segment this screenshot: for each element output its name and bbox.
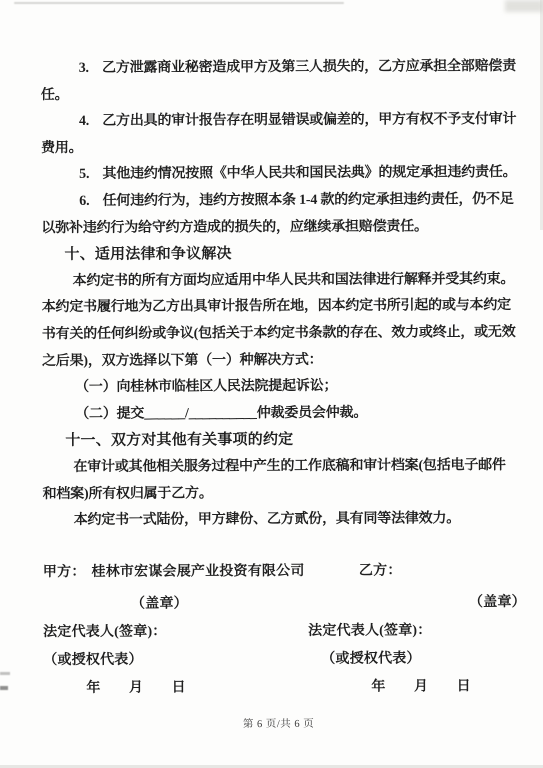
party-a-authorized-rep-label: （或授权代表）	[43, 646, 308, 675]
party-b-date-blank: 年 月 日	[351, 673, 513, 702]
contract-line: 以弥补违约行为给守约方造成的损失的，应继续承担赔偿责任。	[41, 214, 511, 243]
contract-line: 6. 任何违约行为，违约方按照本条 1-4 款的约定承担违约责任，仍不足	[41, 187, 511, 216]
contract-line: 4. 乙方出具的审计报告存在明显错误或偏差的，甲方有权不予支付审计	[41, 107, 511, 136]
section-heading: 十、适用法律和争议解决	[41, 240, 511, 269]
authorized-rep-row: （或授权代表） （或授权代表）	[43, 645, 513, 675]
signature-block: 甲方：桂林市宏谋会展产业投资有限公司 乙方： （盖章） （盖章） 法定代表人(签…	[43, 557, 514, 703]
contract-line: 本约定书履行地为乙方出具审计报告所在地，因本约定书所引起的或与本约定	[42, 293, 512, 322]
party-a-name: 桂林市宏谋会展产业投资有限公司	[91, 564, 304, 580]
contract-line: 书有关的任何纠纷或争议(包括关于本约定书条款的存在、效力或终止，或无效	[42, 320, 512, 349]
section-heading: 十一、双方对其他有关事项的约定	[42, 426, 512, 455]
contract-line: 本约定书的所有方面均应适用中华人民共和国法律进行解释并受其约束。	[42, 267, 512, 296]
scan-edge-mark	[0, 686, 8, 690]
representative-row: 法定代表人(签章)： 法定代表人(签章)：	[43, 617, 513, 647]
contract-line: 本约定书一式陆份，甲方肆份、乙方贰份，具有同等法律效力。	[43, 506, 513, 535]
party-a-seal-label: （盖章）	[43, 589, 396, 619]
contract-line: （一）向桂林市临桂区人民法院提起诉讼；	[42, 373, 512, 402]
party-b-label: 乙方：	[308, 557, 513, 586]
contract-line: 5. 其他违约情况按照《中华人民共和国民法典》的规定承担违约责任。	[41, 160, 511, 189]
party-row: 甲方：桂林市宏谋会展产业投资有限公司 乙方：	[43, 557, 513, 587]
contract-clauses: 3. 乙方泄露商业秘密造成甲方及第三人损失的，乙方应承担全部赔偿责任。4. 乙方…	[40, 0, 512, 535]
party-a-representative-label: 法定代表人(签章)：	[43, 618, 308, 647]
contract-line: 费用。	[41, 134, 511, 163]
seal-row: （盖章） （盖章）	[43, 589, 513, 619]
party-b-representative-label: 法定代表人(签章)：	[308, 617, 513, 646]
party-a-label: 甲方：	[43, 565, 86, 580]
scanned-contract-page: 3. 乙方泄露商业秘密造成甲方及第三人损失的，乙方应承担全部赔偿责任。4. 乙方…	[0, 0, 543, 768]
contract-body: 3. 乙方泄露商业秘密造成甲方及第三人损失的，乙方应承担全部赔偿责任。4. 乙方…	[40, 0, 513, 732]
party-b-seal-label: （盖章）	[396, 589, 526, 618]
contract-line: （二）提交______/__________仲裁委员会仲裁。	[42, 400, 512, 429]
contract-line: 和档案)所有权归属于乙方。	[43, 479, 513, 508]
date-row: 年 月 日 年 月 日	[43, 673, 513, 703]
scan-corner-shadow	[505, 0, 543, 12]
contract-line: 在审计或其他相关服务过程中产生的工作底稿和审计档案(包括电子邮件	[42, 453, 512, 482]
party-a-date-blank: 年 月 日	[43, 673, 351, 702]
scan-edge-mark	[0, 672, 10, 675]
page-number: 第 6 页/共 6 页	[44, 715, 514, 732]
contract-line: 任。	[41, 81, 511, 110]
contract-line: 之后果)，双方选择以下第（一）种解决方式：	[42, 347, 512, 376]
party-b-authorized-rep-label: （或授权代表）	[308, 645, 513, 674]
contract-line: 3. 乙方泄露商业秘密造成甲方及第三人损失的，乙方应承担全部赔偿责	[41, 54, 511, 83]
